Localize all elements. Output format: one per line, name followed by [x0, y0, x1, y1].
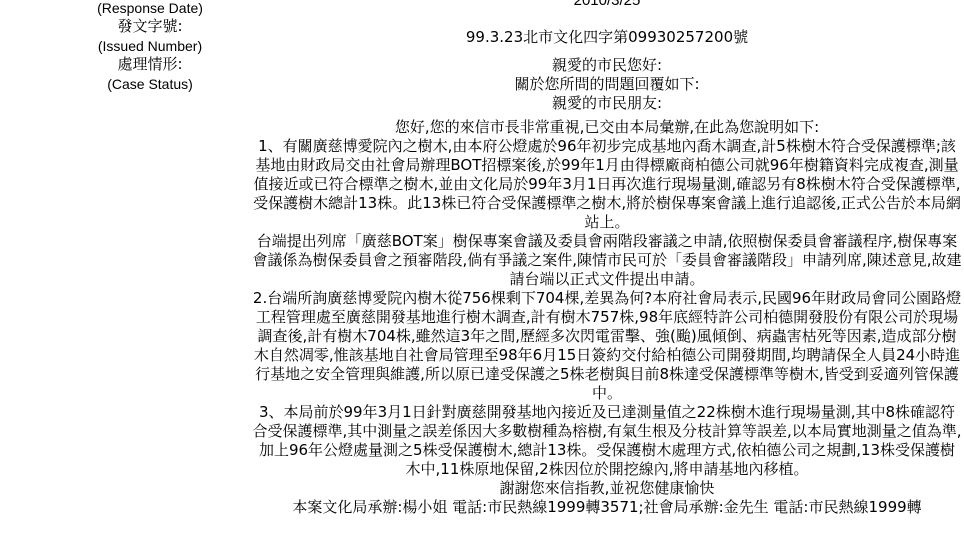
greeting-line-1: 親愛的市民您好:	[252, 56, 962, 75]
document-page: (Response Date) 發文字號: (Issued Number) 處理…	[0, 0, 964, 540]
response-date-label-en: (Response Date)	[40, 1, 260, 16]
response-paragraph-3: 2.台端所詢廣慈博愛院內樹木從756棵剩下704棵,差異為何?本府社會局表示,民…	[252, 289, 962, 403]
response-body: 親愛的市民您好: 關於您所問的問題回覆如下: 親愛的市民朋友: 您好,您的來信市…	[252, 56, 962, 517]
greeting-line-2: 關於您所問的問題回覆如下:	[252, 75, 962, 94]
issued-number-value: 99.3.23北市文化四字第09930257200號	[252, 29, 962, 45]
case-status-label-en: (Case Status)	[40, 77, 260, 92]
response-date-value: 2010/3/25	[252, 0, 962, 8]
issued-number-label-en: (Issued Number)	[40, 39, 260, 54]
case-status-label-zh: 處理情形:	[40, 57, 260, 72]
response-paragraph-1: 1、有關廣慈博愛院內之樹木,由本府公燈處於96年初步完成基地內喬木調查,計5株樹…	[252, 137, 962, 232]
closing-line: 謝謝您來信指教,並祝您健康愉快	[252, 479, 962, 498]
response-paragraph-4: 3、本局前於99年3月1日針對廣慈開發基地內接近及已達測量值之22株樹木進行現場…	[252, 403, 962, 479]
greeting-line-3: 親愛的市民朋友:	[252, 94, 962, 113]
issued-number-label-zh: 發文字號:	[40, 19, 260, 34]
contact-line: 本案文化局承辦:楊小姐 電話:市民熱線1999轉3571;社會局承辦:金先生 電…	[252, 498, 962, 517]
response-paragraph-2: 台端提出列席「廣慈BOT案」樹保專案會議及委員會兩階段審議之申請,依照樹保委員會…	[252, 232, 962, 289]
response-intro: 您好,您的來信市長非常重視,已交由本局彙辦,在此為您說明如下:	[252, 118, 962, 137]
